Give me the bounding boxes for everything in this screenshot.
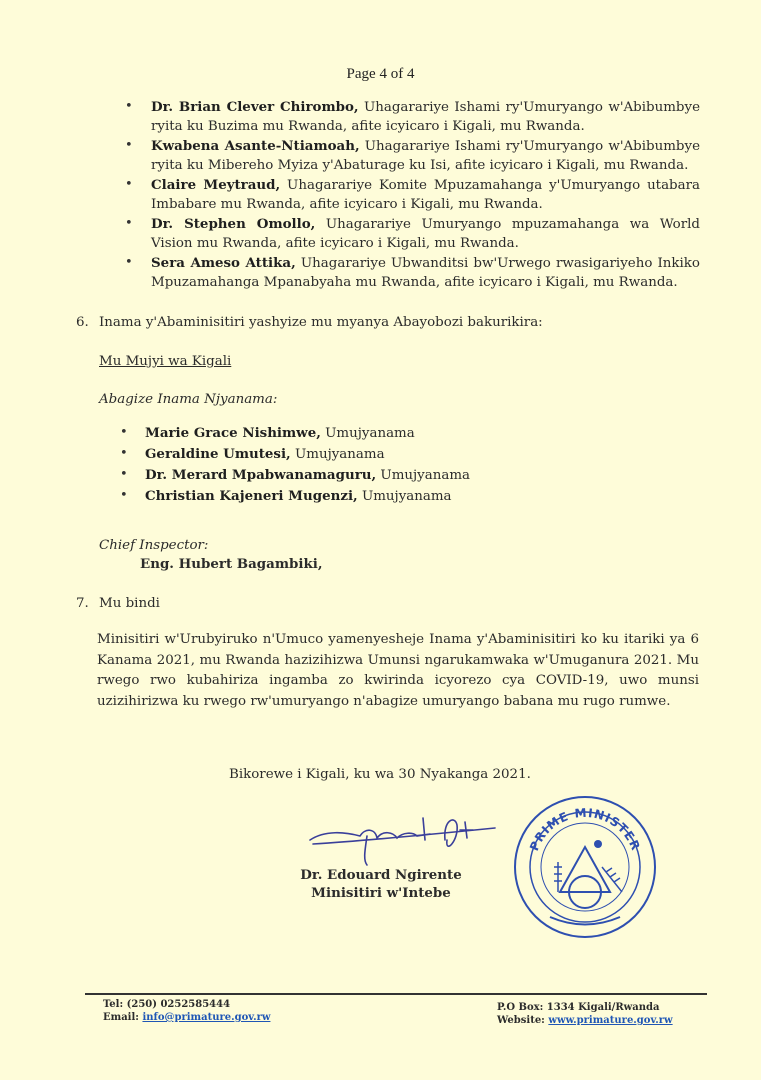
list-item: •Kwabena Asante-Ntiamoah, Uhagarariye Is…	[125, 137, 700, 175]
footer-email-label: Email:	[103, 1012, 142, 1023]
member-name: Christian Kajeneri Mugenzi,	[145, 488, 358, 504]
bullet-icon: •	[125, 137, 133, 156]
member-name: Dr. Merard Mpabwanamaguru,	[145, 467, 376, 483]
website-link[interactable]: www.primature.gov.rw	[548, 1015, 672, 1026]
representative-name: Kwabena Asante-Ntiamoah,	[151, 138, 360, 154]
list-item: •Dr. Merard Mpabwanamaguru, Umujyanama	[120, 465, 470, 486]
representative-name: Dr. Stephen Omollo,	[151, 216, 315, 232]
list-item: •Dr. Brian Clever Chirombo, Uhagarariye …	[125, 98, 700, 136]
item-7-paragraph: Minisitiri w'Urubyiruko n'Umuco yamenyes…	[97, 630, 699, 712]
bullet-icon: •	[120, 486, 128, 506]
bullet-icon: •	[120, 465, 128, 485]
footer-address: P.O Box: 1334 Kigali/Rwanda Website: www…	[497, 1001, 673, 1027]
footer-tel: Tel: (250) 0252585444	[103, 998, 270, 1011]
footer-contact: Tel: (250) 0252585444 Email: info@primat…	[103, 998, 270, 1024]
footer-po-box: P.O Box: 1334 Kigali/Rwanda	[497, 1001, 673, 1014]
council-members-list: •Marie Grace Nishimwe, Umujyanama •Geral…	[120, 423, 470, 507]
item-7-number: 7.	[76, 596, 89, 611]
list-item: •Geraldine Umutesi, Umujyanama	[120, 444, 470, 465]
bullet-icon: •	[125, 98, 133, 117]
member-role: Umujyanama	[376, 468, 470, 483]
email-link[interactable]: info@primature.gov.rw	[142, 1012, 270, 1023]
list-item: •Marie Grace Nishimwe, Umujyanama	[120, 423, 470, 444]
list-item: •Christian Kajeneri Mugenzi, Umujyanama	[120, 486, 470, 507]
item-6-number: 6.	[76, 315, 89, 330]
council-label: Abagize Inama Njyanama:	[99, 392, 277, 407]
list-item: •Sera Ameso Attika, Uhagarariye Ubwandit…	[125, 254, 700, 292]
representatives-list: •Dr. Brian Clever Chirombo, Uhagarariye …	[125, 98, 700, 293]
bullet-icon: •	[125, 254, 133, 273]
list-item: •Claire Meytraud, Uhagarariye Komite Mpu…	[125, 176, 700, 214]
list-item: •Dr. Stephen Omollo, Uhagarariye Umuryan…	[125, 215, 700, 253]
representative-name: Dr. Brian Clever Chirombo,	[151, 99, 359, 115]
bullet-icon: •	[125, 215, 133, 234]
signer-name: Dr. Edouard Ngirente	[296, 866, 466, 884]
signer-block: Dr. Edouard Ngirente Minisitiri w'Intebe	[296, 866, 466, 902]
member-role: Umujyanama	[358, 489, 452, 504]
signature-icon	[305, 810, 505, 870]
member-name: Marie Grace Nishimwe,	[145, 425, 321, 441]
item-6-text: Inama y'Abaminisitiri yashyize mu myanya…	[99, 315, 543, 330]
inspector-label: Chief Inspector:	[99, 538, 208, 553]
footer-divider	[85, 993, 707, 995]
location-heading: Mu Mujyi wa Kigali	[99, 354, 231, 369]
page-number: Page 4 of 4	[0, 66, 761, 83]
closing-line: Bikorewe i Kigali, ku wa 30 Nyakanga 202…	[229, 767, 531, 782]
footer-website-label: Website:	[497, 1015, 548, 1026]
inspector-name: Eng. Hubert Bagambiki,	[140, 556, 322, 572]
representative-name: Claire Meytraud,	[151, 177, 280, 193]
item-7-title: Mu bindi	[99, 596, 160, 611]
member-name: Geraldine Umutesi,	[145, 446, 291, 462]
member-role: Umujyanama	[321, 426, 415, 441]
member-role: Umujyanama	[291, 447, 385, 462]
representative-name: Sera Ameso Attika,	[151, 255, 296, 271]
bullet-icon: •	[125, 176, 133, 195]
bullet-icon: •	[120, 444, 128, 464]
signer-title: Minisitiri w'Intebe	[296, 884, 466, 902]
prime-minister-seal-icon: PRIME MINISTER	[510, 792, 660, 942]
bullet-icon: •	[120, 423, 128, 443]
